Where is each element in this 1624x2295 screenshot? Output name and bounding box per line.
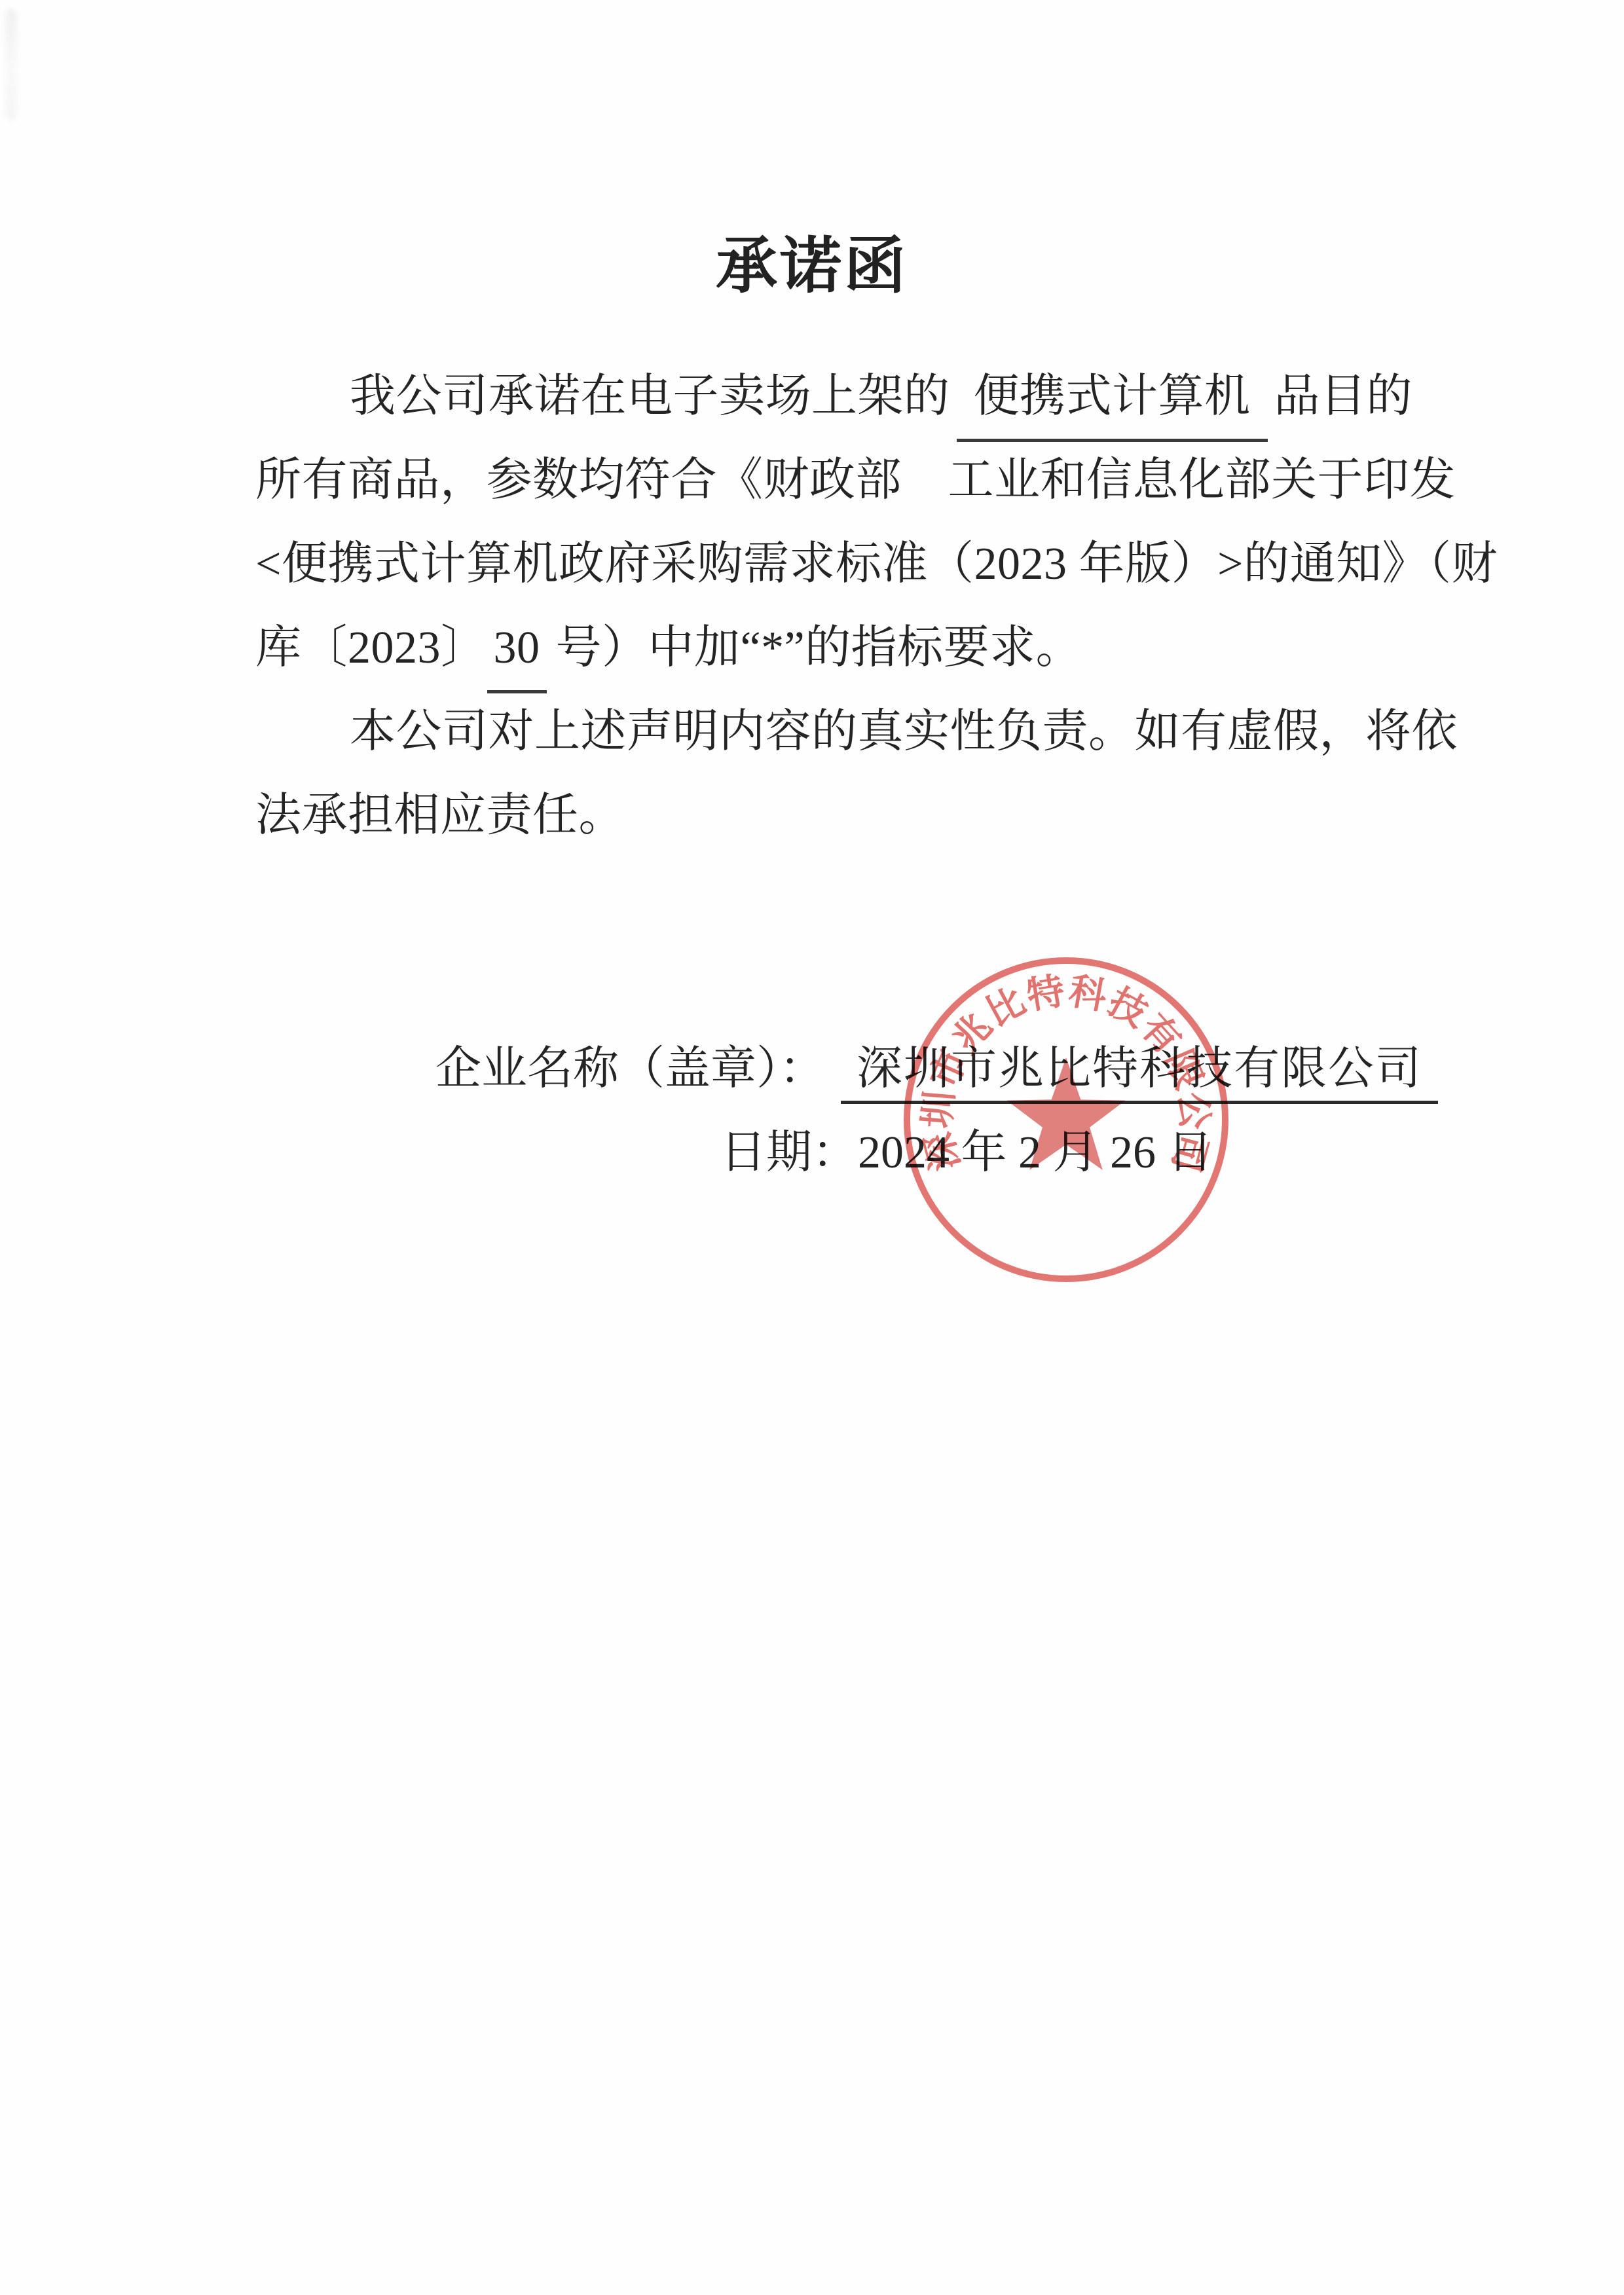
line4-text-post: 号）中加“*”的指标要求。	[556, 623, 1082, 673]
line5-text: 本公司对上述声明内容的真实性负责。如有虚假，将依	[350, 707, 1458, 757]
page-title: 承诺函	[0, 216, 1624, 304]
company-seal-stamp: 深圳市兆比特科技有限公司	[896, 949, 1236, 1290]
line1-text-post: 品目的	[1274, 371, 1413, 422]
line3-text: <便携式计算机政府采购需求标准（2023 年版）>的通知》（财	[255, 539, 1498, 589]
line2-text: 所有商品，参数均符合《财政部 工业和信息化部关于印发	[255, 455, 1456, 505]
body-line-4: 库〔2023〕30号）中加“*”的指标要求。	[255, 606, 1408, 690]
body-line-3: <便携式计算机政府采购需求标准（2023 年版）>的通知》（财	[255, 523, 1408, 606]
line1-underlined-category: 便携式计算机	[957, 355, 1268, 442]
date-label: 日期：	[720, 1128, 858, 1178]
body-line-6: 法承担相应责任。	[255, 774, 1408, 858]
letter-body: 我公司承诺在电子卖场上架的便携式计算机品目的 所有商品，参数均符合《财政部 工业…	[255, 355, 1408, 858]
seal-star-icon	[1007, 1057, 1126, 1170]
body-line-1: 我公司承诺在电子卖场上架的便携式计算机品目的	[255, 355, 1408, 439]
line6-text: 法承担相应责任。	[255, 790, 625, 841]
company-name-label: 企业名称（盖章）：	[435, 1044, 825, 1094]
body-line-5: 本公司对上述声明内容的真实性负责。如有虚假，将依	[255, 690, 1408, 774]
document-page: 承诺函 我公司承诺在电子卖场上架的便携式计算机品目的 所有商品，参数均符合《财政…	[0, 0, 1624, 2295]
body-line-2: 所有商品，参数均符合《财政部 工业和信息化部关于印发	[255, 439, 1408, 523]
line4-text-pre: 库〔2023〕	[255, 623, 487, 673]
line1-text-pre: 我公司承诺在电子卖场上架的	[350, 371, 950, 422]
line4-underlined-number: 30	[487, 606, 547, 693]
scan-smudge	[5, 9, 17, 120]
